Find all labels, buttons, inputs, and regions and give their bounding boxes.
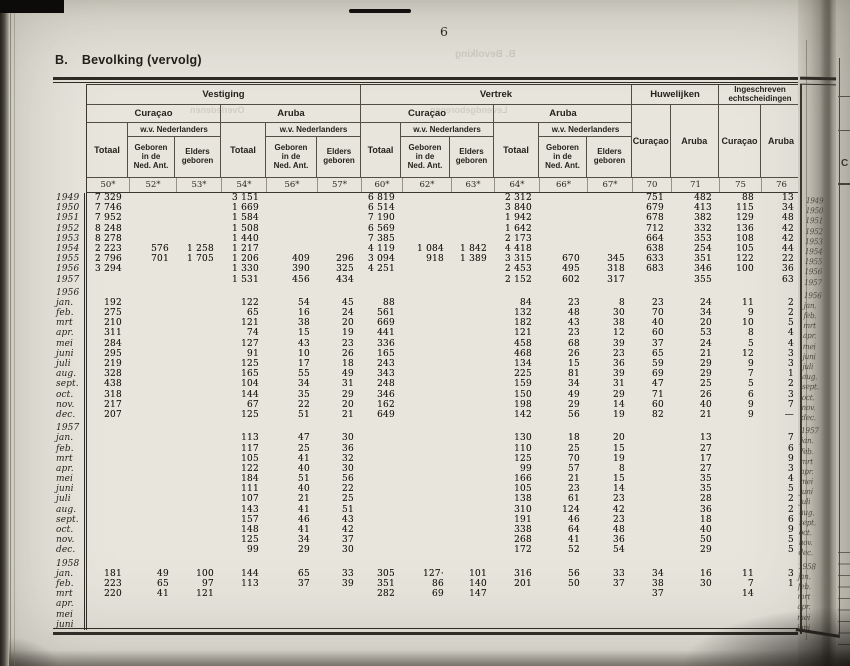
table-cell: 15 — [538, 359, 586, 369]
table-cell: 11 — [718, 298, 760, 308]
table-cell — [220, 288, 265, 298]
table-cell: 29 — [670, 369, 718, 379]
table-cell: 7 — [718, 579, 760, 589]
table-cell — [450, 599, 493, 609]
table-cell — [401, 505, 450, 515]
column-number: 67* — [587, 178, 632, 192]
table-cell — [401, 423, 450, 433]
table-cell: 318 — [586, 264, 631, 274]
table-cell — [401, 213, 450, 223]
table-cell — [450, 410, 493, 420]
table-cell: 19 — [586, 410, 631, 420]
table-cell: 101 — [450, 569, 493, 579]
table-cell: 34 — [631, 569, 670, 579]
row-label: oct. — [53, 525, 86, 535]
edge-row-label: jan. — [804, 301, 831, 312]
table-cell: 23 — [538, 328, 586, 338]
table-cell: 36 — [316, 444, 360, 454]
table-cell — [401, 444, 450, 454]
table-cell — [450, 328, 493, 338]
table-row: oct.31814435293461504929712663 — [53, 390, 800, 400]
table-cell: 65 — [220, 308, 265, 318]
table-cell: 23 — [586, 349, 631, 359]
table-cell: 129 — [718, 213, 760, 223]
table-cell — [86, 525, 128, 535]
table-cell — [450, 264, 493, 274]
table-cell: 82 — [631, 410, 670, 420]
table-cell: 20 — [316, 400, 360, 410]
table-cell — [175, 505, 220, 515]
table-cell — [401, 369, 450, 379]
table-cell — [175, 400, 220, 410]
table-cell — [718, 484, 760, 494]
row-label: 1952 — [53, 224, 86, 234]
table-cell — [401, 359, 450, 369]
table-cell — [401, 275, 450, 285]
table-cell: 5 — [760, 545, 800, 555]
island-label: Curaçao — [361, 105, 493, 123]
row-label: mei — [53, 339, 86, 349]
table-cell — [760, 288, 800, 298]
table-cell — [128, 203, 175, 213]
table-cell: 17 — [265, 359, 316, 369]
title-rule — [53, 77, 800, 83]
table-cell: 1 642 — [493, 224, 538, 234]
table-row: juli21912517182431341536592993 — [53, 359, 800, 369]
table-cell: 7 329 — [86, 193, 128, 203]
table-cell: 105 — [718, 244, 760, 254]
header-box: Vestiging Curaçao Totaal w.v. Nederlande… — [86, 84, 800, 193]
table-cell — [128, 559, 175, 569]
table-cell: 40 — [265, 464, 316, 474]
table-cell — [670, 288, 718, 298]
table-cell — [86, 288, 128, 298]
table-cell: 65 — [265, 569, 316, 579]
table-cell: 60 — [631, 400, 670, 410]
table-row: 19571 5314564342 15260231735563 — [53, 275, 800, 285]
table-cell — [175, 464, 220, 474]
table-cell — [316, 599, 360, 609]
table-cell — [450, 379, 493, 389]
table-cell: 351 — [360, 579, 401, 589]
table-row: feb.22365971133739351861402015037383071 — [53, 579, 800, 589]
table-cell — [538, 234, 586, 244]
table-cell — [450, 494, 493, 504]
table-cell: 34 — [265, 535, 316, 545]
table-cell: 70 — [631, 308, 670, 318]
table-cell — [586, 213, 631, 223]
table-cell — [265, 599, 316, 609]
table-cell: 13 — [670, 433, 718, 443]
table-cell — [493, 423, 538, 433]
table-cell: 150 — [493, 390, 538, 400]
table-cell: 649 — [360, 410, 401, 420]
table-cell — [128, 224, 175, 234]
book-left-edge — [0, 0, 9, 666]
table-cell — [86, 559, 128, 569]
table-cell: 84 — [493, 298, 538, 308]
table-cell: 4 — [760, 339, 800, 349]
table-cell: 51 — [265, 410, 316, 420]
table-cell: 1 217 — [220, 244, 265, 254]
table-cell — [175, 433, 220, 443]
edge-row-label: jan. — [801, 436, 828, 447]
table-cell — [316, 203, 360, 213]
row-label: feb. — [53, 579, 86, 589]
section-title-text: Bevolking (vervolg) — [82, 53, 202, 67]
table-cell — [586, 423, 631, 433]
table-cell: 162 — [360, 400, 401, 410]
table-cell: 36 — [586, 535, 631, 545]
table-cell — [450, 339, 493, 349]
table-cell — [450, 359, 493, 369]
table-row: apr.122403099578273 — [53, 464, 800, 474]
table-cell: 43 — [538, 318, 586, 328]
edge-row-label: sept. — [802, 382, 829, 393]
table-cell: 41 — [265, 454, 316, 464]
table-cell: 29 — [586, 390, 631, 400]
table-cell: 6 819 — [360, 193, 401, 203]
row-label: feb. — [53, 444, 86, 454]
table-cell: 28 — [670, 494, 718, 504]
table-row: jan.11347301301820137 — [53, 433, 800, 443]
table-cell — [175, 599, 220, 609]
table-cell: 157 — [220, 515, 265, 525]
table-cell: 39 — [586, 369, 631, 379]
table-cell: 127· — [401, 569, 450, 579]
table-cell — [401, 203, 450, 213]
table-cell: 198 — [493, 400, 538, 410]
table-cell: 3 — [760, 359, 800, 369]
row-label: 1953 — [53, 234, 86, 244]
table-row: 19542 2235761 2581 2174 1191 0841 8424 4… — [53, 244, 800, 254]
table-cell: 15 — [586, 474, 631, 484]
table-cell: 207 — [86, 410, 128, 420]
table-cell: 59 — [631, 359, 670, 369]
table-cell — [128, 298, 175, 308]
table-cell: 24 — [670, 298, 718, 308]
table-cell: 3 094 — [360, 254, 401, 264]
table-cell: 30 — [316, 433, 360, 443]
table-cell — [538, 193, 586, 203]
table-cell — [316, 610, 360, 620]
table-cell — [631, 505, 670, 515]
table-cell: 2 453 — [493, 264, 538, 274]
table-cell: — — [760, 410, 800, 420]
table-cell: 561 — [360, 308, 401, 318]
row-label: nov. — [53, 535, 86, 545]
table-cell — [493, 589, 538, 599]
table-row: 19552 7967011 7051 2064092963 0949181 38… — [53, 254, 800, 264]
table-cell — [175, 454, 220, 464]
col-header-totaal: Totaal — [494, 123, 539, 177]
table-cell — [450, 390, 493, 400]
edge-row-label: 1953 — [805, 237, 832, 248]
table-cell — [316, 234, 360, 244]
table-cell — [316, 288, 360, 298]
table-cell: 74 — [220, 328, 265, 338]
table-cell — [493, 559, 538, 569]
island-columns: Totaal w.v. Nederlanders Geborenin deNed… — [221, 123, 361, 177]
table-cell: 107 — [220, 494, 265, 504]
group-vertrek: Vertrek Curaçao Totaal w.v. Nederlanders… — [361, 85, 632, 177]
wv-label: w.v. Nederlanders — [401, 123, 493, 137]
table-cell: 51 — [265, 474, 316, 484]
table-cell: 7 746 — [86, 203, 128, 213]
table-cell: 37 — [586, 579, 631, 589]
table-cell — [718, 423, 760, 433]
edge-row-label: jan. — [798, 572, 825, 583]
table-cell: 172 — [493, 545, 538, 555]
row-label: dec. — [53, 410, 86, 420]
table-cell: 27 — [670, 444, 718, 454]
table-cell — [175, 559, 220, 569]
table-cell — [86, 505, 128, 515]
column-number: 63* — [451, 178, 494, 192]
table-cell: 25 — [670, 379, 718, 389]
table-cell: 21 — [670, 349, 718, 359]
table-cell: 1 084 — [401, 244, 450, 254]
table-cell — [670, 559, 718, 569]
table-cell: 88 — [360, 298, 401, 308]
table-cell: 115 — [718, 203, 760, 213]
edge-row-label: apr. — [800, 467, 827, 478]
table-cell: 184 — [220, 474, 265, 484]
table-cell — [175, 494, 220, 504]
table-cell — [401, 474, 450, 484]
table-cell: 438 — [86, 379, 128, 389]
table-cell — [401, 328, 450, 338]
table-cell: 45 — [316, 298, 360, 308]
column-number: 70 — [632, 178, 671, 192]
table-cell — [86, 535, 128, 545]
table-cell: 99 — [220, 545, 265, 555]
table-cell: 282 — [360, 589, 401, 599]
edge-row-label: juli — [799, 497, 826, 508]
island-columns: Totaal w.v. Nederlanders Geborenin deNed… — [361, 123, 493, 177]
table-cell — [316, 224, 360, 234]
table-cell — [128, 599, 175, 609]
island-curacao: Curaçao Totaal w.v. Nederlanders Geboren… — [87, 105, 221, 177]
bleedthrough-text: B. Bevolking — [455, 49, 516, 60]
table-cell — [718, 545, 760, 555]
table-cell — [128, 400, 175, 410]
next-page-section-letter: C — [841, 158, 848, 169]
table-cell — [175, 535, 220, 545]
table-cell: 2 796 — [86, 254, 128, 264]
table-cell — [538, 244, 586, 254]
table-cell: 345 — [586, 254, 631, 264]
row-label: 1957 — [53, 275, 86, 285]
table-cell — [718, 474, 760, 484]
table-cell: 9 — [718, 308, 760, 318]
table-cell: 134 — [493, 359, 538, 369]
table-cell — [175, 288, 220, 298]
table-cell — [538, 589, 586, 599]
table-row: mrt10541321257019179 — [53, 454, 800, 464]
table-cell — [360, 444, 401, 454]
table-cell — [401, 515, 450, 525]
table-cell — [265, 193, 316, 203]
table-cell: 165 — [220, 369, 265, 379]
table-cell: 41 — [265, 505, 316, 515]
table-cell: 122 — [220, 464, 265, 474]
table-cell: 6 514 — [360, 203, 401, 213]
table-cell: 669 — [360, 318, 401, 328]
table-cell: 86 — [401, 579, 450, 589]
table-cell — [128, 535, 175, 545]
table-cell — [86, 610, 128, 620]
table-row: juli10721251386123282 — [53, 494, 800, 504]
table-cell — [220, 589, 265, 599]
table-cell — [401, 193, 450, 203]
table-cell: 2 312 — [493, 193, 538, 203]
table-cell: 4 119 — [360, 244, 401, 254]
table-cell: 29 — [265, 545, 316, 555]
table-cell: 100 — [718, 264, 760, 274]
edge-row-label: apr. — [803, 331, 830, 342]
wv-label: w.v. Nederlanders — [128, 123, 220, 137]
table-cell — [450, 308, 493, 318]
row-label: 1950 — [53, 203, 86, 213]
island-aruba: Aruba Totaal w.v. Nederlanders Geborenin… — [494, 105, 632, 177]
table-cell — [128, 318, 175, 328]
table-cell — [538, 213, 586, 223]
table-cell: 132 — [493, 308, 538, 318]
table-cell: 43 — [316, 515, 360, 525]
table-cell — [175, 193, 220, 203]
table-cell: 127 — [220, 339, 265, 349]
table-cell — [175, 328, 220, 338]
table-cell — [360, 505, 401, 515]
section-title: B.Bevolking (vervolg) — [55, 53, 202, 67]
table-cell: 14 — [586, 484, 631, 494]
table-cell — [450, 610, 493, 620]
island-aruba: Aruba Totaal w.v. Nederlanders Geborenin… — [221, 105, 361, 177]
table-cell — [538, 559, 586, 569]
table-cell — [265, 288, 316, 298]
row-label: jan. — [53, 298, 86, 308]
edge-row-label: juni — [800, 487, 827, 498]
wv-columns: Geborenin deNed. Ant. Eldersgeboren — [266, 137, 361, 177]
table-cell: 99 — [493, 464, 538, 474]
table-cell — [760, 559, 800, 569]
table-cell: 1 389 — [450, 254, 493, 264]
table-cell — [128, 193, 175, 203]
table-cell — [450, 203, 493, 213]
table-cell: 9 — [718, 410, 760, 420]
table-cell: 1 705 — [175, 254, 220, 264]
table-cell: 61 — [538, 494, 586, 504]
table-cell — [175, 423, 220, 433]
table-cell — [265, 224, 316, 234]
table-cell — [631, 288, 670, 298]
row-label: oct. — [53, 390, 86, 400]
table-cell: 142 — [493, 410, 538, 420]
row-label: juni — [53, 349, 86, 359]
table-cell: 325 — [316, 264, 360, 274]
table-row: 19517 9521 5847 1901 94267838212948 — [53, 213, 800, 223]
table-cell: 210 — [86, 318, 128, 328]
table-cell: 15 — [265, 328, 316, 338]
table-cell — [401, 410, 450, 420]
table-cell — [631, 484, 670, 494]
table-cell: 23 — [586, 494, 631, 504]
table-cell: 144 — [220, 390, 265, 400]
table-cell — [128, 359, 175, 369]
table-cell — [265, 423, 316, 433]
table-cell: 165 — [360, 349, 401, 359]
row-label: juli — [53, 359, 86, 369]
table-cell: 1 584 — [220, 213, 265, 223]
table-cell: 192 — [86, 298, 128, 308]
photo-black-mark — [349, 9, 411, 13]
table-cell: 223 — [86, 579, 128, 589]
table-cell: 54 — [586, 545, 631, 555]
table-cell: 122 — [718, 254, 760, 264]
statistics-table: Vestiging Curaçao Totaal w.v. Nederlande… — [53, 84, 800, 630]
table-cell — [175, 298, 220, 308]
table-cell: 5 — [718, 379, 760, 389]
table-cell — [718, 494, 760, 504]
table-cell — [175, 444, 220, 454]
group-label: Vestiging — [87, 85, 360, 105]
table-cell: 37 — [631, 339, 670, 349]
table-cell: 23 — [631, 298, 670, 308]
table-cell: 121 — [493, 328, 538, 338]
column-number: 52* — [129, 178, 176, 192]
table-cell: 30 — [670, 579, 718, 589]
table-cell: 1 206 — [220, 254, 265, 264]
table-cell: 678 — [631, 213, 670, 223]
table-cell — [360, 275, 401, 285]
table-cell — [86, 423, 128, 433]
table-cell — [360, 423, 401, 433]
table-cell: 33 — [316, 569, 360, 579]
table-cell — [360, 559, 401, 569]
table-cell: 40 — [670, 400, 718, 410]
table-cell: 48 — [538, 308, 586, 318]
table-cell — [493, 288, 538, 298]
table-cell — [631, 423, 670, 433]
table-cell — [175, 339, 220, 349]
table-cell: 37 — [316, 535, 360, 545]
table-cell: 3 151 — [220, 193, 265, 203]
table-cell: 2 173 — [493, 234, 538, 244]
table-cell: 42 — [316, 525, 360, 535]
table-cell: 147 — [450, 589, 493, 599]
table-cell: 23 — [538, 484, 586, 494]
row-label: 1949 — [53, 193, 86, 203]
table-cell — [128, 390, 175, 400]
table-cell: 918 — [401, 254, 450, 264]
col-header-curacao: Curaçao — [719, 105, 761, 177]
table-cell: 311 — [86, 328, 128, 338]
table-cell: 25 — [265, 444, 316, 454]
edge-row-label: oct. — [802, 393, 829, 404]
edge-row-label: 1955 — [805, 257, 832, 268]
table-cell: 16 — [670, 569, 718, 579]
table-cell: 56 — [316, 474, 360, 484]
table-cell — [128, 328, 175, 338]
table-cell: 15 — [586, 444, 631, 454]
table-cell — [401, 400, 450, 410]
table-cell: 46 — [538, 515, 586, 525]
table-cell: 31 — [316, 379, 360, 389]
table-cell — [360, 525, 401, 535]
edge-row-label: nov. — [801, 403, 828, 414]
table-cell: 1 508 — [220, 224, 265, 234]
